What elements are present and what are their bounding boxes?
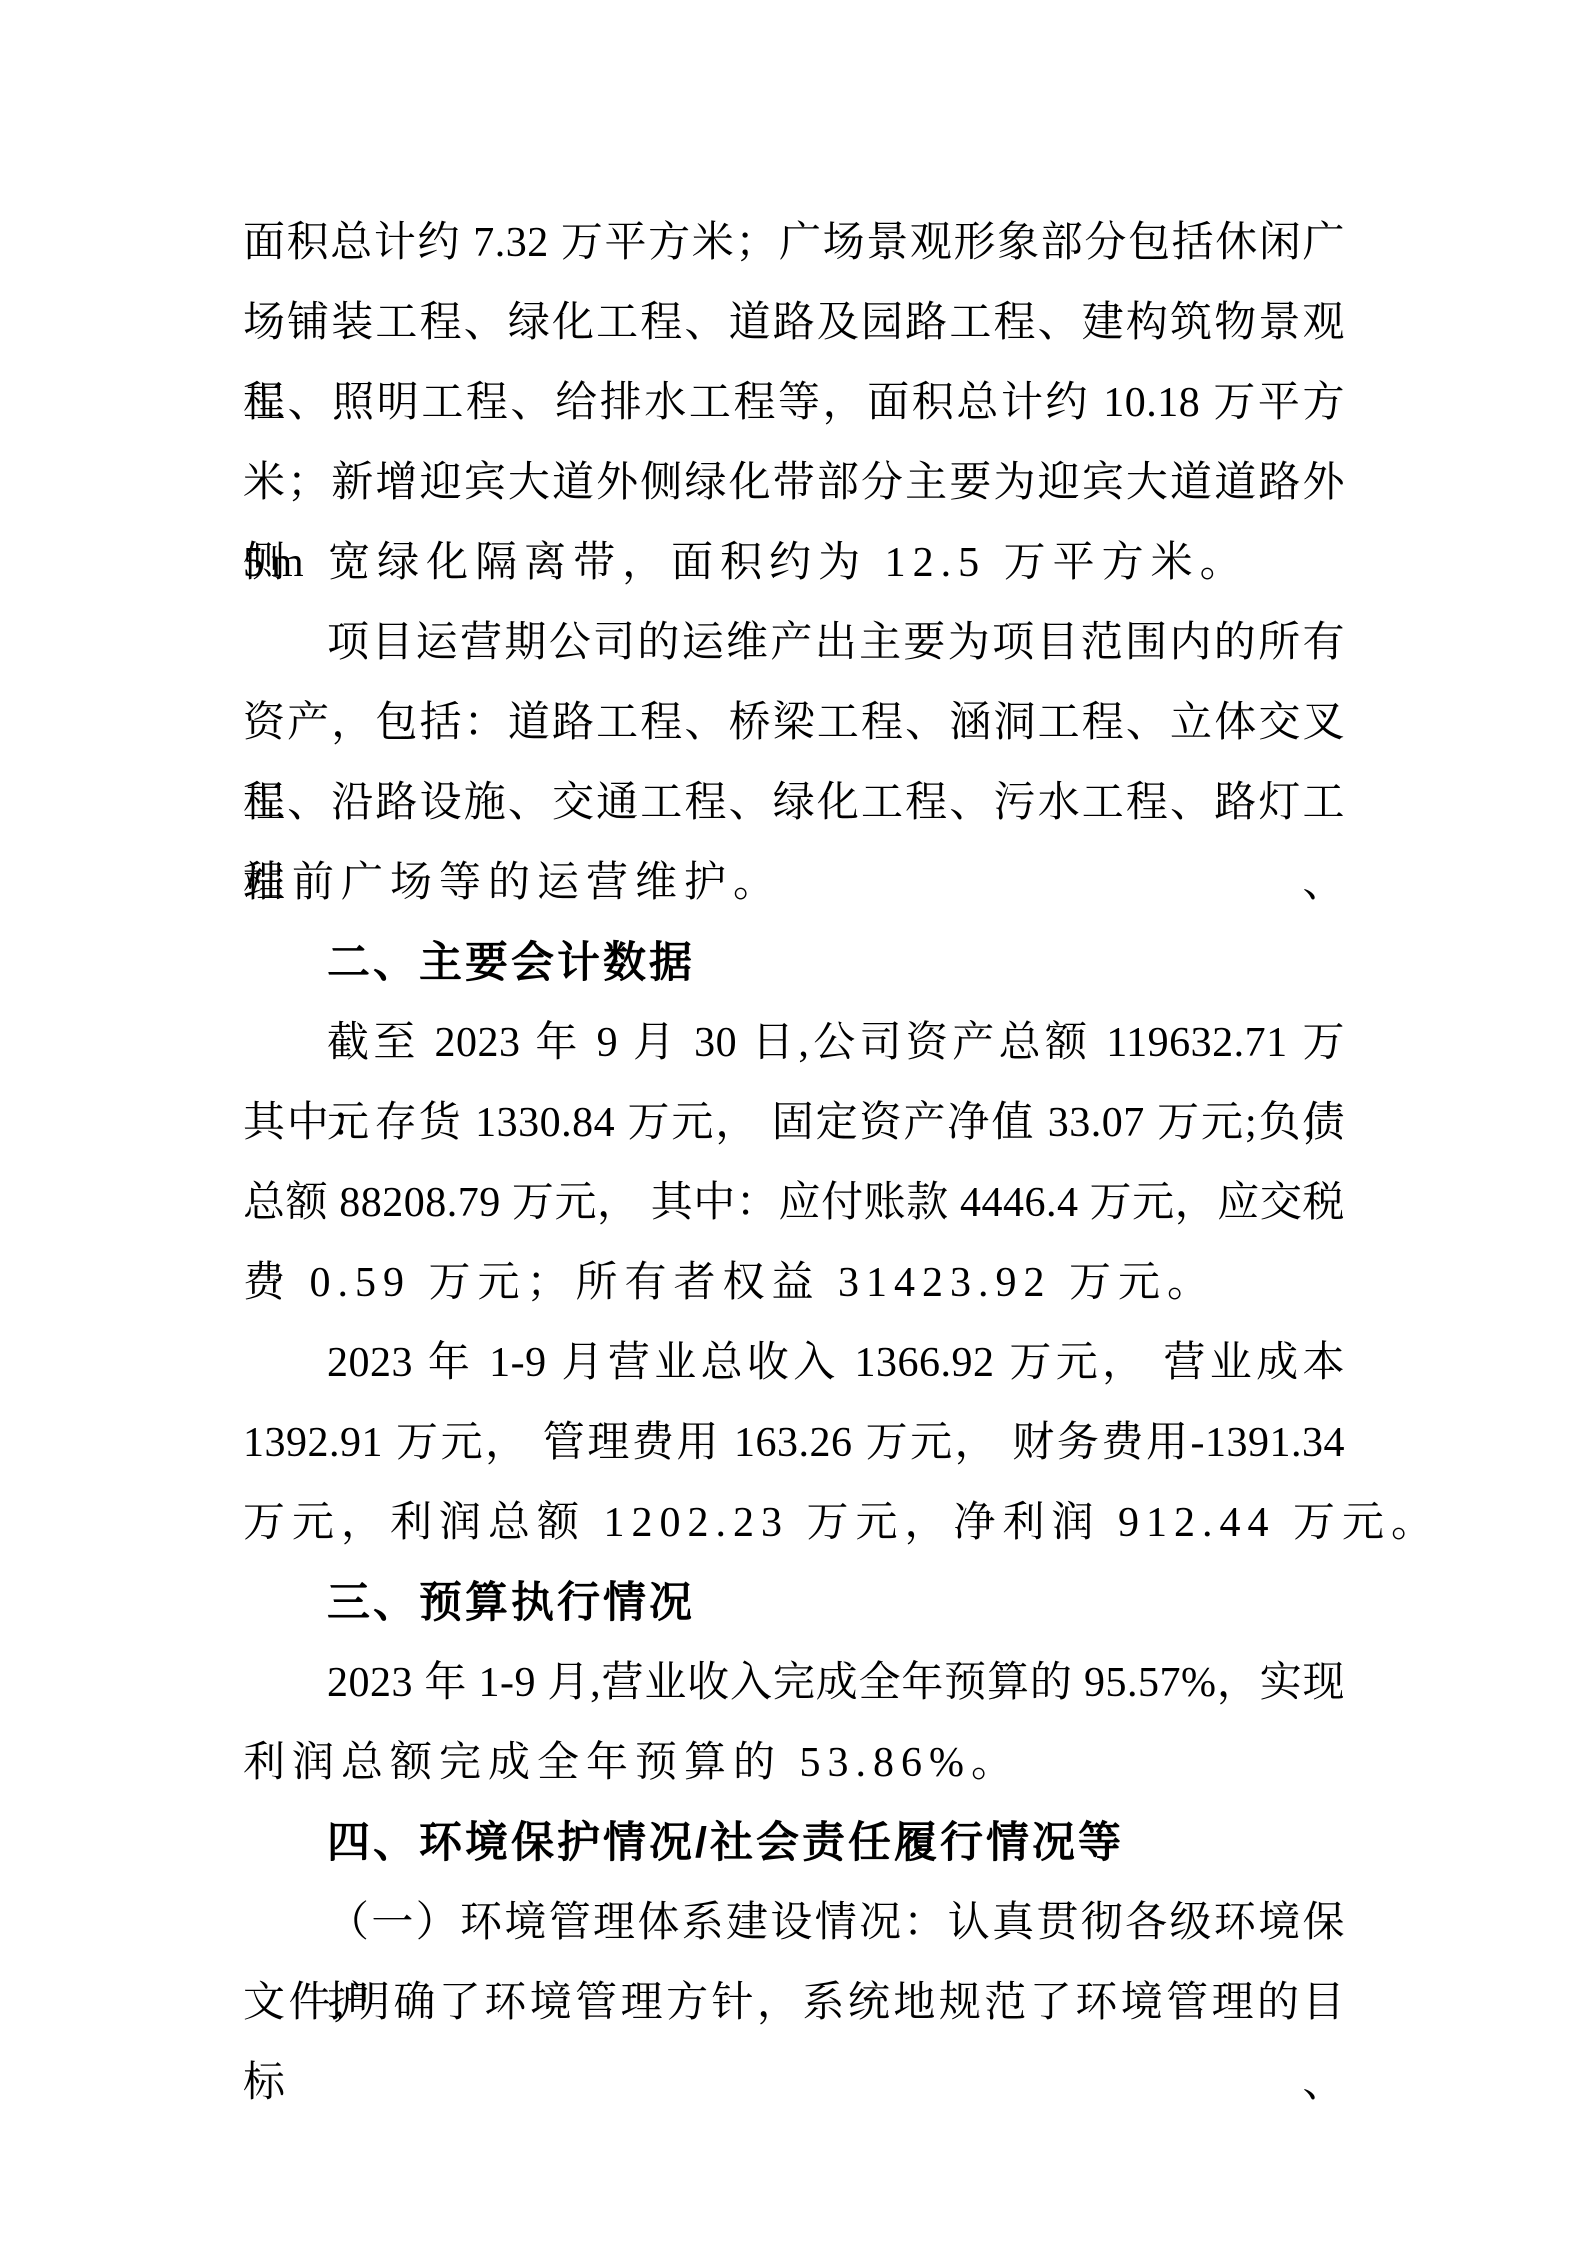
text-line: 项目运营期公司的运维产出主要为项目范围内的所有 [243, 603, 1345, 683]
text-line: 利润总额完成全年预算的 53.86%。 [243, 1723, 1345, 1803]
section-heading: 四、环境保护情况/社会责任履行情况等 [243, 1803, 1345, 1883]
text-line: 文件,明确了环境管理方针，系统地规范了环境管理的目标、 [243, 1963, 1345, 2043]
paragraph-continued: 面积总计约 7.32 万平方米；广场景观形象部分包括休闲广 场铺装工程、绿化工程… [243, 203, 1345, 603]
text-line: 5m 宽绿化隔离带，面积约为 12.5 万平方米。 [243, 523, 1345, 603]
paragraph-budget-execution: 2023 年 1-9 月,营业收入完成全年预算的 95.57%，实现 利润总额完… [243, 1643, 1345, 1803]
text-line: 资产，包括：道路工程、桥梁工程、涵洞工程、立体交叉工 [243, 683, 1345, 763]
text-line: 其中：存货 1330.84 万元， 固定资产净值 33.07 万元;负债 [243, 1083, 1345, 1163]
text-line: 截至 2023 年 9 月 30 日,公司资产总额 119632.71 万元， [243, 1003, 1345, 1083]
text-line: 程、沿路设施、交通工程、绿化工程、污水工程、路灯工程、 [243, 763, 1345, 843]
text-line: 万元，利润总额 1202.23 万元，净利润 912.44 万元。 [243, 1483, 1345, 1563]
text-line: 2023 年 1-9 月营业总收入 1366.92 万元， 营业成本 [243, 1323, 1345, 1403]
text-line: （一）环境管理体系建设情况：认真贯彻各级环境保护 [243, 1883, 1345, 1963]
document-page: 面积总计约 7.32 万平方米；广场景观形象部分包括休闲广 场铺装工程、绿化工程… [0, 0, 1587, 2245]
paragraph-operations-output: 项目运营期公司的运维产出主要为项目范围内的所有 资产，包括：道路工程、桥梁工程、… [243, 603, 1345, 923]
paragraph-income-statement: 2023 年 1-9 月营业总收入 1366.92 万元， 营业成本 1392.… [243, 1323, 1345, 1563]
text-line: 场铺装工程、绿化工程、道路及园路工程、建构筑物景观工 [243, 283, 1345, 363]
text-line: 米；新增迎宾大道外侧绿化带部分主要为迎宾大道道路外侧 [243, 443, 1345, 523]
text-line: 总额 88208.79 万元， 其中：应付账款 4446.4 万元，应交税 [243, 1163, 1345, 1243]
section-heading: 三、预算执行情况 [243, 1563, 1345, 1643]
text-column: 面积总计约 7.32 万平方米；广场景观形象部分包括休闲广 场铺装工程、绿化工程… [243, 203, 1345, 2043]
paragraph-environment-management: （一）环境管理体系建设情况：认真贯彻各级环境保护 文件,明确了环境管理方针，系统… [243, 1883, 1345, 2043]
section-heading-accounting-data: 二、主要会计数据 [243, 923, 1345, 1003]
text-line: 程、照明工程、给排水工程等，面积总计约 10.18 万平方 [243, 363, 1345, 443]
text-line: 费 0.59 万元；所有者权益 31423.92 万元。 [243, 1243, 1345, 1323]
text-line: 面积总计约 7.32 万平方米；广场景观形象部分包括休闲广 [243, 203, 1345, 283]
section-heading-environment-social: 四、环境保护情况/社会责任履行情况等 [243, 1803, 1345, 1883]
section-heading: 二、主要会计数据 [243, 923, 1345, 1003]
paragraph-balance-sheet: 截至 2023 年 9 月 30 日,公司资产总额 119632.71 万元， … [243, 1003, 1345, 1323]
text-line: 2023 年 1-9 月,营业收入完成全年预算的 95.57%，实现 [243, 1643, 1345, 1723]
section-heading-budget-execution: 三、预算执行情况 [243, 1563, 1345, 1643]
text-line: 1392.91 万元， 管理费用 163.26 万元， 财务费用-1391.34 [243, 1403, 1345, 1483]
